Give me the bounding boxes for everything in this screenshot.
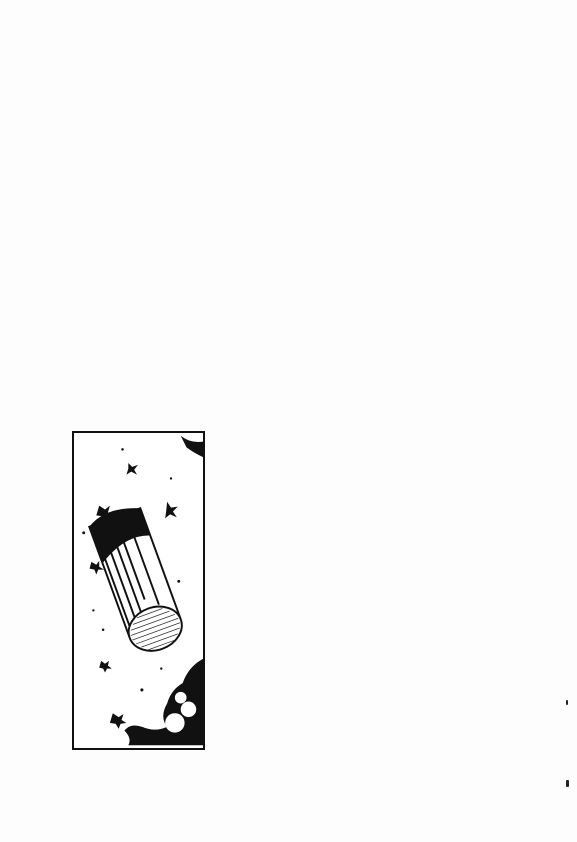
panel-log-debris xyxy=(72,431,205,750)
manga-page xyxy=(0,0,577,842)
log-illustration xyxy=(74,433,203,748)
page-speck xyxy=(566,780,569,787)
page-speck xyxy=(566,700,568,705)
